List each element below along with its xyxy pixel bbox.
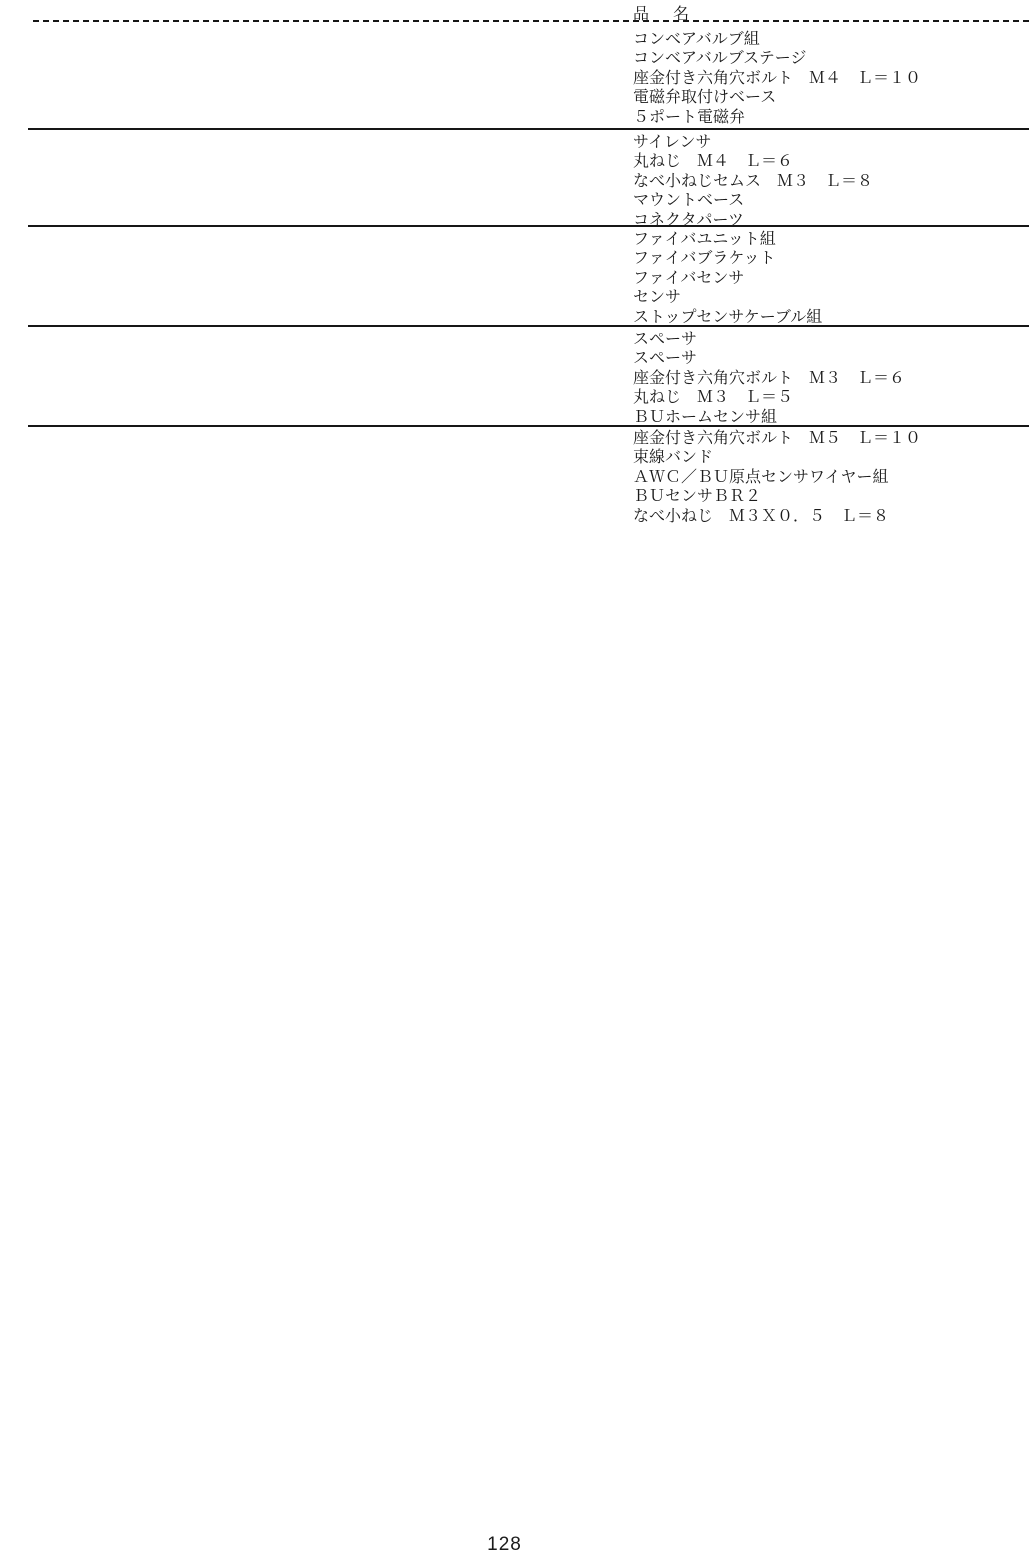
part-name-cell: サイレンサ	[633, 133, 1029, 152]
part-name-cell: 電磁弁取付けベース	[633, 88, 1029, 107]
part-name-cell: なべ小ねじセムス Ｍ３ Ｌ＝８	[633, 172, 1029, 191]
parts-group-3: ファイバユニット組 ファイバブラケット ファイバセンサ センサ ストップセンサケ…	[28, 227, 1029, 327]
part-name-cell: ファイバユニット組	[633, 230, 1029, 249]
parts-group-1: コンベアバルブ組 コンベアバルブステージ 座金付き六角穴ボルト Ｍ４ Ｌ＝１０ …	[28, 23, 1029, 130]
document-page: 品 名 コンベアバルブ組 コンベアバルブステージ 座金付き六角穴ボルト Ｍ４ Ｌ…	[0, 0, 1029, 1563]
part-name-cell: コンベアバルブステージ	[633, 49, 1029, 68]
header-dashed-rule	[33, 20, 1029, 22]
part-name-cell: ファイバブラケット	[633, 249, 1029, 268]
part-name-cell: ５ポート電磁弁	[633, 108, 1029, 127]
parts-group-4: スペーサ スペーサ 座金付き六角穴ボルト Ｍ３ Ｌ＝６ 丸ねじ Ｍ３ Ｌ＝５ Ｂ…	[28, 327, 1029, 427]
parts-group-2: サイレンサ 丸ねじ Ｍ４ Ｌ＝６ なべ小ねじセムス Ｍ３ Ｌ＝８ マウントベース…	[28, 130, 1029, 227]
part-name-cell: ＢＵホームセンサ組	[633, 408, 1029, 427]
part-name-cell: スペーサ	[633, 349, 1029, 368]
part-name-cell: 丸ねじ Ｍ３ Ｌ＝５	[633, 388, 1029, 407]
part-name-cell: 束線バンド	[633, 448, 1029, 467]
page-number: 128	[0, 1534, 1009, 1556]
part-name-cell: ＢＵセンサＢＲ２	[633, 487, 1029, 506]
part-name-cell: 座金付き六角穴ボルト Ｍ４ Ｌ＝１０	[633, 69, 1029, 88]
part-name-cell: 座金付き六角穴ボルト Ｍ３ Ｌ＝６	[633, 369, 1029, 388]
part-name-cell: ファイバセンサ	[633, 269, 1029, 288]
parts-table: コンベアバルブ組 コンベアバルブステージ 座金付き六角穴ボルト Ｍ４ Ｌ＝１０ …	[28, 23, 1029, 527]
part-name-cell: コンベアバルブ組	[633, 30, 1029, 49]
part-name-cell: ストップセンサケーブル組	[633, 308, 1029, 327]
part-name-cell: なべ小ねじ Ｍ３Ｘ０．５ Ｌ＝８	[633, 507, 1029, 526]
part-name-cell: ＡＷＣ／ＢＵ原点センサワイヤー組	[633, 468, 1029, 487]
part-name-cell: スペーサ	[633, 330, 1029, 349]
part-name-cell: 座金付き六角穴ボルト Ｍ５ Ｌ＝１０	[633, 429, 1029, 448]
parts-group-5: 座金付き六角穴ボルト Ｍ５ Ｌ＝１０ 束線バンド ＡＷＣ／ＢＵ原点センサワイヤー…	[28, 427, 1029, 527]
part-name-cell: マウントベース	[633, 191, 1029, 210]
part-name-cell: 丸ねじ Ｍ４ Ｌ＝６	[633, 152, 1029, 171]
part-name-cell: センサ	[633, 288, 1029, 307]
